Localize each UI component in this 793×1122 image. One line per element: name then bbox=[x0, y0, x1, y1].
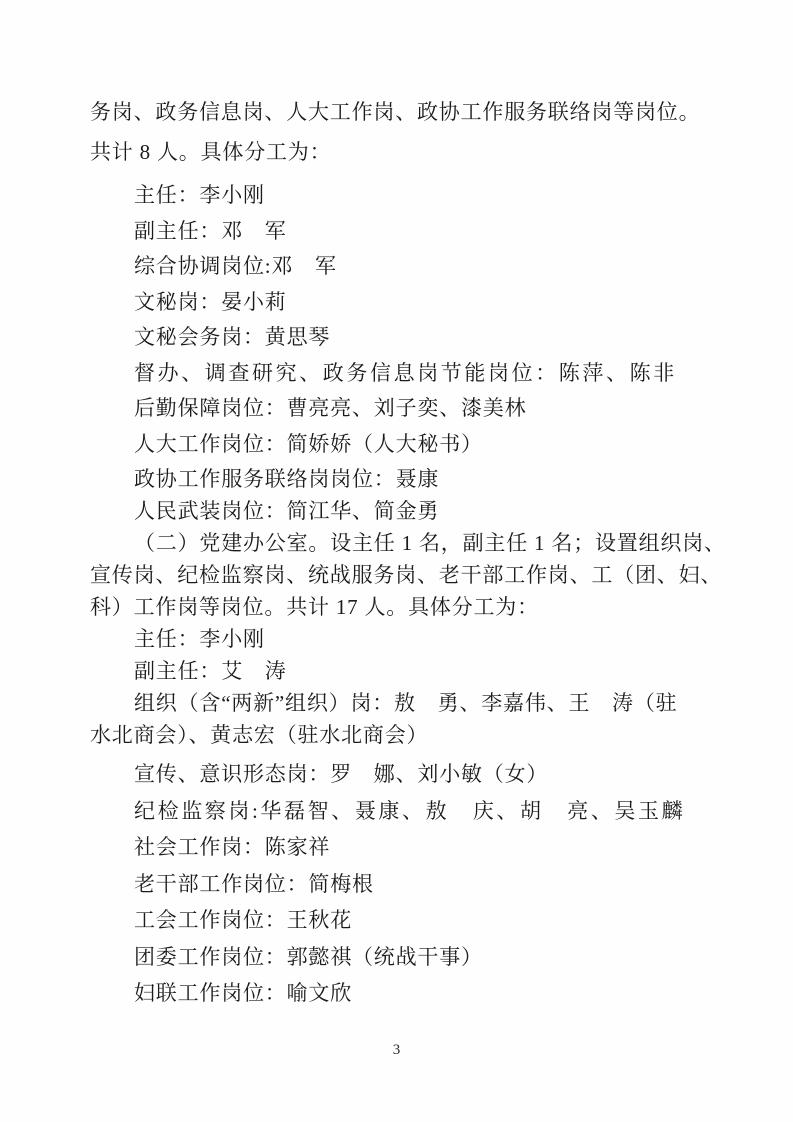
text-line: 副主任：邓 军 bbox=[90, 218, 703, 254]
text-line: 共计 8 人。具体分工为： bbox=[90, 139, 703, 182]
document-body: 务岗、政务信息岗、人大工作岗、政协工作服务联络岗等岗位。 共计 8 人。具体分工… bbox=[90, 99, 703, 1017]
text-line: 政协工作服务联络岗岗位：聂康 bbox=[90, 466, 703, 498]
text-line: 工会工作岗位：王秋花 bbox=[90, 907, 703, 944]
document-page: 务岗、政务信息岗、人大工作岗、政协工作服务联络岗等岗位。 共计 8 人。具体分工… bbox=[0, 0, 793, 1122]
text-line: 社会工作岗：陈家祥 bbox=[90, 834, 703, 871]
text-line: 老干部工作岗位：简梅根 bbox=[90, 871, 703, 908]
text-line: 人大工作岗位：简娇娇（人大秘书） bbox=[90, 431, 703, 467]
text-line: 宣传、意识形态岗：罗 娜、刘小敏（女） bbox=[90, 761, 703, 798]
text-line: 主任：李小刚 bbox=[90, 182, 703, 218]
text-line: 组织（含“两新”组织）岗：敖 勇、李嘉伟、王 涛（驻 bbox=[90, 690, 703, 722]
text-line: 人民武装岗位：简江华、简金勇 bbox=[90, 498, 703, 530]
text-line: 文秘会务岗：黄思琴 bbox=[90, 324, 703, 360]
text-line: 督办、调查研究、政务信息岗节能岗位：陈萍、陈非 bbox=[90, 360, 703, 396]
text-line: 主任：李小刚 bbox=[90, 626, 703, 658]
text-line: 文秘岗：晏小莉 bbox=[90, 289, 703, 325]
text-line: 科）工作岗等岗位。共计 17 人。具体分工为： bbox=[90, 594, 703, 626]
text-line: （二）党建办公室。设主任 1 名，副主任 1 名；设置组织岗、 bbox=[90, 530, 703, 562]
page-number: 3 bbox=[0, 1042, 793, 1059]
text-line: 后勤保障岗位：曹亮亮、刘子奕、漆美林 bbox=[90, 395, 703, 431]
text-line: 综合协调岗位:邓 军 bbox=[90, 253, 703, 289]
text-line: 团委工作岗位：郭懿祺（统战干事） bbox=[90, 944, 703, 981]
text-line: 务岗、政务信息岗、人大工作岗、政协工作服务联络岗等岗位。 bbox=[90, 99, 703, 139]
text-line: 纪检监察岗:华磊智、聂康、敖 庆、胡 亮、吴玉麟 bbox=[90, 798, 703, 835]
text-line: 水北商会）、黄志宏（驻水北商会） bbox=[90, 722, 703, 761]
text-line: 副主任：艾 涛 bbox=[90, 658, 703, 690]
text-line: 妇联工作岗位：喻文欣 bbox=[90, 980, 703, 1017]
text-line: 宣传岗、纪检监察岗、统战服务岗、老干部工作岗、工（团、妇、 bbox=[90, 562, 703, 594]
